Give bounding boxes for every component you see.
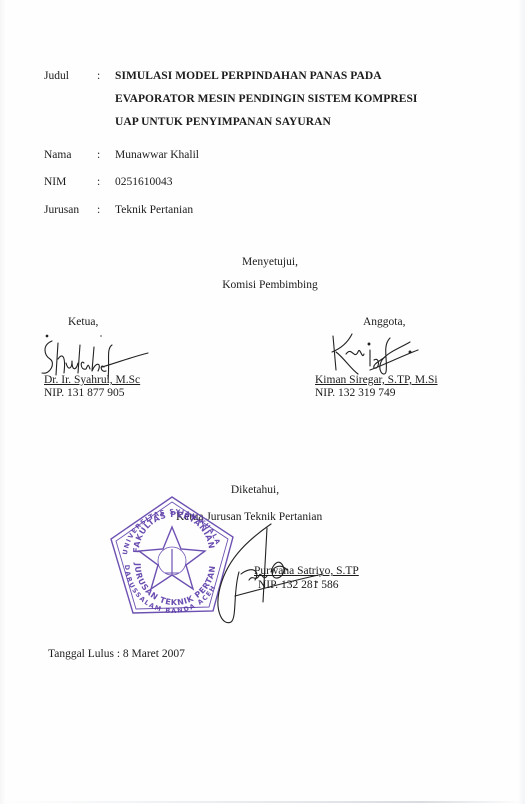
- field-label-nim: NIM: [44, 176, 66, 188]
- thesis-title-line-2: EVAPORATOR MESIN PENDINGIN SISTEM KOMPRE…: [115, 93, 417, 105]
- head-of-department-name: Purwana Satriyo, S.TP: [254, 565, 359, 577]
- head-of-department-nip: NIP. 132 281 586: [258, 579, 339, 591]
- field-label-jurusan: Jurusan: [44, 204, 79, 216]
- member-role: Anggota,: [363, 316, 405, 328]
- field-colon: :: [97, 176, 100, 188]
- member-signature-icon: [330, 330, 420, 380]
- scan-edge: [0, 801, 525, 803]
- field-colon: :: [97, 204, 100, 216]
- chair-name: Dr. Ir. Syahrul, M.Sc: [44, 374, 140, 386]
- thesis-title-line-3: UAP UNTUK PENYIMPANAN SAYURAN: [115, 116, 331, 128]
- member-name: Kiman Siregar, S.TP, M.Si: [315, 374, 438, 386]
- field-colon: :: [97, 70, 100, 82]
- thesis-title-line-1: SIMULASI MODEL PERPINDAHAN PANAS PADA: [115, 70, 382, 82]
- chair-nip: NIP. 131 877 905: [44, 387, 125, 399]
- committee-heading: Komisi Pembimbing: [160, 279, 380, 291]
- department: Teknik Pertanian: [115, 204, 193, 216]
- field-label-nama: Nama: [44, 149, 71, 161]
- approval-heading: Menyetujui,: [160, 256, 380, 268]
- chair-role: Ketua,: [68, 316, 98, 328]
- field-colon: :: [97, 149, 100, 161]
- document-page: Judul : SIMULASI MODEL PERPINDAHAN PANAS…: [0, 0, 525, 804]
- student-id: 0251610043: [115, 176, 173, 188]
- graduation-date: Tanggal Lulus : 8 Maret 2007: [48, 648, 185, 660]
- head-of-department-signature-icon: [205, 522, 325, 632]
- student-name: Munawwar Khalil: [115, 149, 199, 161]
- field-label-judul: Judul: [44, 70, 69, 82]
- member-nip: NIP. 132 319 749: [315, 387, 396, 399]
